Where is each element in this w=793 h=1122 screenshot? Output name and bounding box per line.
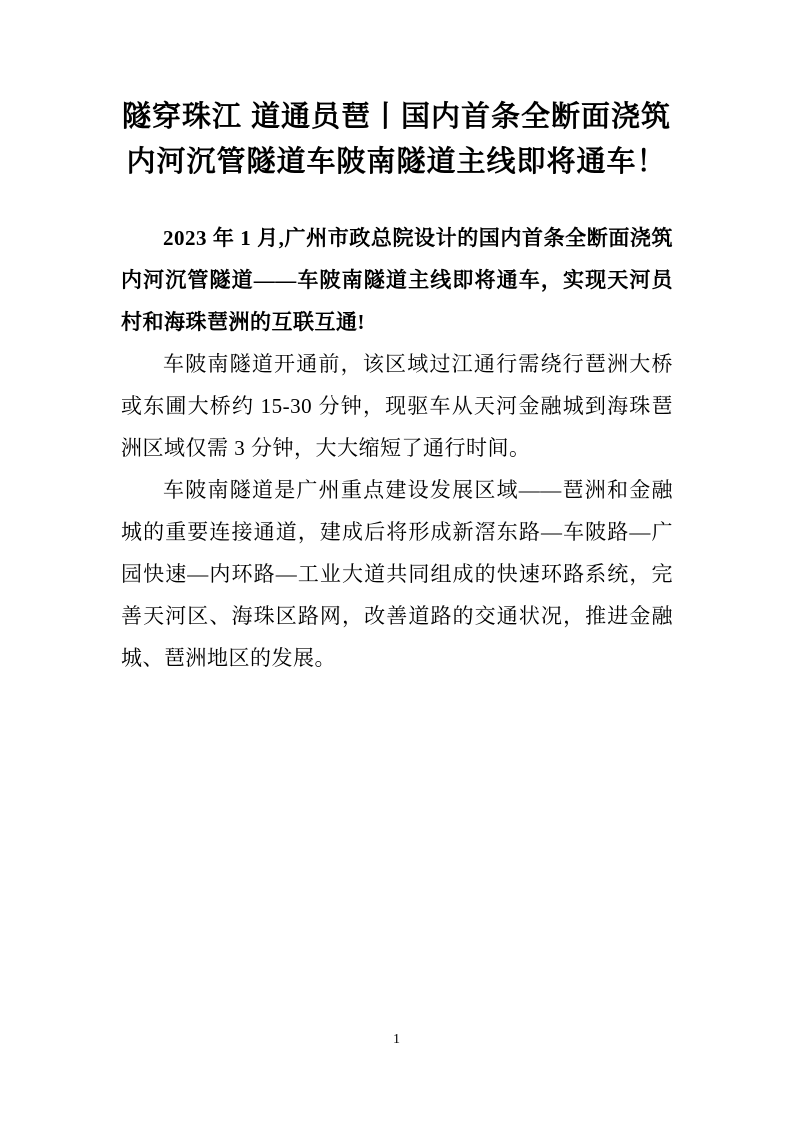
body-paragraph: 车陂南隧道是广州重点建设发展区域——琶洲和金融城的重要连接通道，建成后将形成新滘… [121,469,673,679]
page-number: 1 [0,1032,793,1048]
document-title: 隧穿珠江 道通员琶丨国内首条全断面浇筑内河沉管隧道车陂南隧道主线即将通车！ [0,0,793,185]
lead-paragraph: 2023 年 1 月,广州市政总院设计的国内首条全断面浇筑内河沉管隧道——车陂南… [121,217,673,343]
body-paragraph: 车陂南隧道开通前，该区域过江通行需绕行琶洲大桥或东圃大桥约 15-30 分钟，现… [121,343,673,469]
document-body: 2023 年 1 月,广州市政总院设计的国内首条全断面浇筑内河沉管隧道——车陂南… [0,217,793,679]
document-page: 隧穿珠江 道通员琶丨国内首条全断面浇筑内河沉管隧道车陂南隧道主线即将通车！ 20… [0,0,793,1122]
